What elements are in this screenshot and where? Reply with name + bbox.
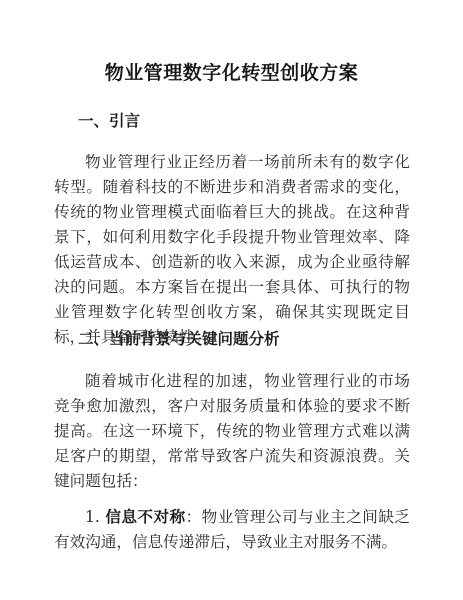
section-heading-introduction: 一、引言 [78, 109, 140, 131]
section-heading-background-analysis: 二、当前背景与关键问题分析 [78, 327, 280, 349]
document-title: 物业管理数字化转型创收方案 [0, 58, 463, 85]
list-item-number: 1. [85, 508, 105, 526]
introduction-paragraph: 物业管理行业正经历着一场前所未有的数字化转型。随着科技的不断进步和消费者需求的变… [54, 150, 410, 350]
list-item-information-asymmetry: 1. 信息不对称：物业管理公司与业主之间缺乏有效沟通，信息传递滞后，导致业主对服… [54, 505, 410, 555]
list-item-separator: ： [186, 508, 202, 526]
document-page: 物业管理数字化转型创收方案 一、引言 物业管理行业正经历着一场前所未有的数字化转… [0, 0, 463, 600]
background-paragraph: 随着城市化进程的加速，物业管理行业的市场竞争愈加激烈，客户对服务质量和体验的要求… [54, 369, 410, 494]
list-item-term: 信息不对称 [105, 508, 185, 526]
